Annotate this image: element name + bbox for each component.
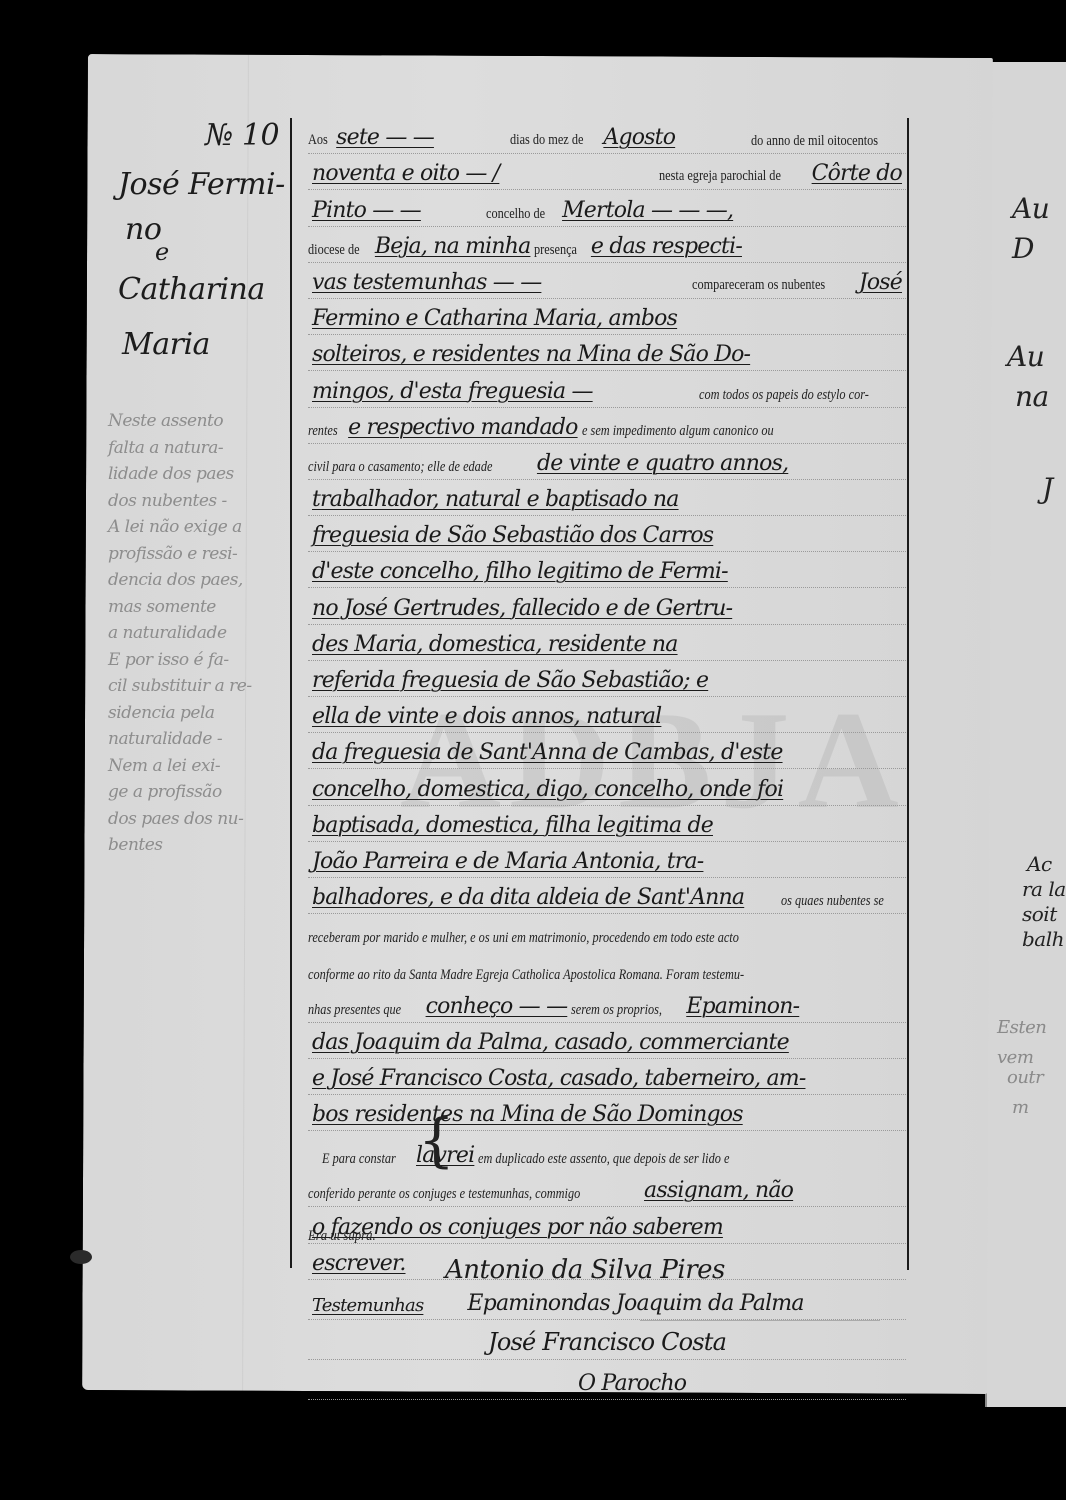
- record-line: mingos, d'esta freguesia — com todos os …: [308, 371, 906, 407]
- annotation-line: sidencia pela: [108, 700, 283, 727]
- annotation-line: Nem a lei exi-: [108, 753, 283, 780]
- annotation-line: bentes: [108, 832, 283, 859]
- facing-page-text: D: [1012, 232, 1034, 265]
- record-line: ella de vinte e dois annos, natural: [308, 697, 906, 733]
- record-line: balhadores, e da dita aldeia de Sant'Ann…: [308, 878, 906, 914]
- record-line: freguesia de São Sebastião dos Carros: [308, 516, 906, 552]
- witness-signature: Epaminondas Joaquim da Palma: [467, 1291, 803, 1316]
- closing-line: o fazendo os conjuges por não saberem: [308, 1207, 906, 1243]
- priest-label: O Parocho: [578, 1371, 686, 1396]
- annotation-line: falta a natura-: [108, 435, 283, 462]
- record-line: diocese de Beja, na minha presença e das…: [308, 227, 906, 263]
- record-line: trabalhador, natural e baptisado na: [308, 480, 906, 516]
- facing-page-text: Au: [1007, 340, 1044, 373]
- record-line: Pinto — — concelho de Mertola — — —,: [308, 190, 906, 226]
- closing-line: conferido perante os conjuges e testemun…: [308, 1171, 906, 1207]
- witness-label: Testemunhas: [312, 1295, 423, 1316]
- witness-signature-line: Testemunhas Epaminondas Joaquim da Palma: [308, 1280, 906, 1320]
- record-line: solteiros, e residentes na Mina de São D…: [308, 335, 906, 371]
- annotation-line: a naturalidade: [108, 620, 283, 647]
- record-line: civil para o casamento; elle de edade de…: [308, 444, 906, 480]
- annotation-line: naturalidade -: [108, 726, 283, 753]
- facing-page-text: J: [1042, 472, 1053, 505]
- record-line: Aossete — — dias do mez deAgosto do anno…: [308, 118, 906, 154]
- facing-page: Au D Au na J Ac ra la soit balh Esten ve…: [985, 62, 1066, 1407]
- annotation-line: E por isso é fa-: [108, 647, 283, 674]
- witness-brace: {: [418, 1106, 455, 1174]
- facing-page-text: na: [1015, 380, 1049, 413]
- record-line: referida freguesia de São Sebastião; e: [308, 661, 906, 697]
- era-ut-supra: Era ut supra.: [308, 1228, 376, 1245]
- margin-pencil-annotation: Neste assento falta a natura- lidade dos…: [108, 408, 283, 859]
- annotation-line: dencia dos paes,: [108, 567, 283, 594]
- entry-body: Aossete — — dias do mez deAgosto do anno…: [308, 118, 906, 1400]
- margin-bride-name: Maria: [122, 330, 210, 360]
- record-line: vas testemunhas — — compareceram os nube…: [308, 263, 906, 299]
- record-line: Fermino e Catharina Maria, ambos: [308, 299, 906, 335]
- facing-page-text: ra la: [1022, 877, 1066, 901]
- facing-page-text: Au: [1012, 192, 1049, 225]
- record-line: des Maria, domestica, residente na: [308, 625, 906, 661]
- witness-signature: José Francisco Costa: [488, 1328, 726, 1356]
- annotation-line: Neste assento: [108, 408, 283, 435]
- witness-signature-line: José Francisco Costa: [308, 1320, 906, 1360]
- priest-signature: Antonio da Silva Pires: [445, 1255, 725, 1285]
- margin-conjunction: e: [155, 240, 169, 264]
- annotation-line: dos paes dos nu-: [108, 806, 283, 833]
- record-line: d'este concelho, filho legitimo de Fermi…: [308, 552, 906, 588]
- entry-number: № 10: [205, 118, 279, 153]
- annotation-line: profissão e resi-: [108, 541, 283, 568]
- facing-page-pencil-note: Esten: [997, 1017, 1046, 1038]
- annotation-line: cil substituir a re-: [108, 673, 283, 700]
- record-line: noventa e oito — / nesta egreja parochia…: [308, 154, 906, 190]
- margin-bride-name: Catharina: [118, 275, 265, 305]
- record-line: no José Gertrudes, fallecido e de Gertru…: [308, 588, 906, 624]
- record-line: da freguesia de Sant'Anna de Cambas, d'e…: [308, 733, 906, 769]
- record-line: rentes e respectivo mandado e sem impedi…: [308, 408, 906, 444]
- facing-page-text: soit: [1022, 902, 1057, 926]
- record-line: concelho, domestica, digo, concelho, ond…: [308, 769, 906, 805]
- footer-rule: [640, 1320, 880, 1321]
- record-line: e José Francisco Costa, casado, tabernei…: [308, 1059, 906, 1095]
- margin-groom-name: José Fermi-: [118, 170, 285, 200]
- facing-page-text: Ac: [1027, 852, 1052, 876]
- record-line: baptisada, domestica, filha legitima de: [308, 806, 906, 842]
- entry-right-rule: [907, 118, 909, 1270]
- annotation-line: dos nubentes -: [108, 488, 283, 515]
- record-line: bos residentes na Mina de São Domingos: [308, 1095, 906, 1131]
- closing-line: E para constar lavrei em duplicado este …: [308, 1131, 906, 1171]
- binding-thread: [70, 1250, 92, 1264]
- entry-left-rule: [290, 118, 292, 1268]
- annotation-line: lidade dos paes: [108, 461, 283, 488]
- record-line: das Joaquim da Palma, casado, commercian…: [308, 1023, 906, 1059]
- facing-page-pencil-note: outr: [1007, 1067, 1043, 1088]
- annotation-line: ge a profissão: [108, 779, 283, 806]
- facing-page-pencil-note: vem: [997, 1047, 1033, 1068]
- record-line: receberam por marido e mulher, e os uni …: [308, 914, 906, 950]
- annotation-line: mas somente: [108, 594, 283, 621]
- record-line: nhas presentes que conheço — — serem os …: [308, 987, 906, 1023]
- facing-page-pencil-note: m: [1012, 1097, 1029, 1118]
- priest-label-line: O Parocho: [308, 1360, 906, 1400]
- annotation-line: A lei não exige a: [108, 514, 283, 541]
- facing-page-text: balh: [1022, 927, 1064, 951]
- record-line: conforme ao rito da Santa Madre Egreja C…: [308, 950, 906, 986]
- record-line: João Parreira e de Maria Antonia, tra-: [308, 842, 906, 878]
